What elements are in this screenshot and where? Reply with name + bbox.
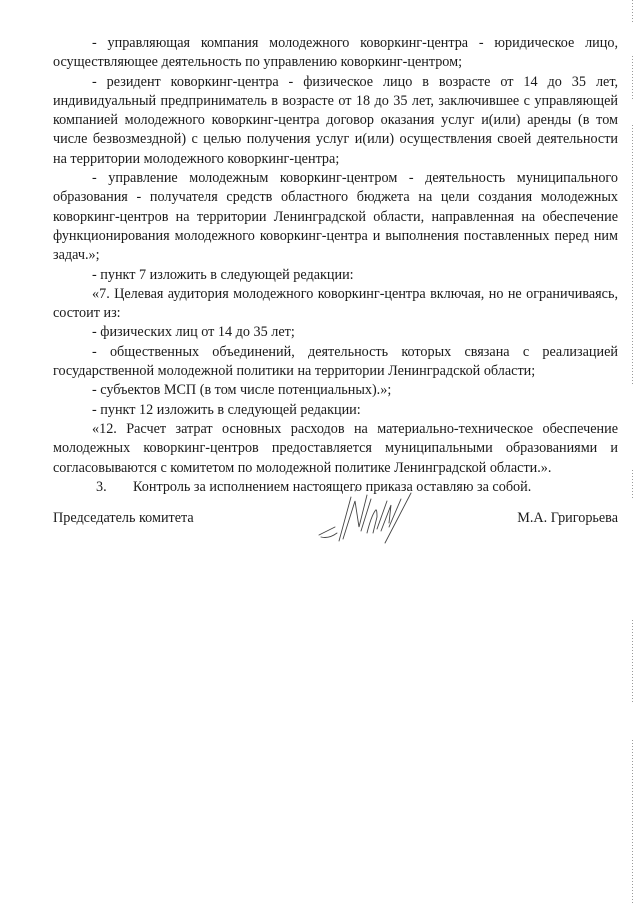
scan-edge-line <box>632 740 633 905</box>
audience-individuals: - физических лиц от 14 до 35 лет; <box>53 323 618 342</box>
audience-associations: - общественных объединений, деятельность… <box>53 343 618 382</box>
handwritten-signature-icon <box>315 487 425 547</box>
definition-resident: - резидент коворкинг-центра - физическое… <box>53 73 618 169</box>
signatory-title: Председатель комитета <box>53 510 194 527</box>
scan-edge-line <box>632 470 633 500</box>
scan-edge-line <box>632 125 633 385</box>
amendment-point-7-intro: - пункт 7 изложить в следующей редакции: <box>53 266 618 285</box>
scan-edge-line <box>632 56 633 100</box>
definition-management-company: - управляющая компания молодежного ковор… <box>53 34 618 73</box>
item-3-number: 3. <box>96 478 133 497</box>
scan-edge-line <box>632 0 633 22</box>
signature-block: Председатель комитета М.А. Григорьева <box>53 505 618 565</box>
point-12-text: «12. Расчет затрат основных расходов на … <box>53 420 618 478</box>
audience-sme: - субъектов МСП (в том числе потенциальн… <box>53 381 618 400</box>
signatory-name: М.А. Григорьева <box>517 510 618 527</box>
document-body: - управляющая компания молодежного ковор… <box>53 34 618 497</box>
scan-edge-line <box>632 620 633 702</box>
point-7-text: «7. Целевая аудитория молодежного коворк… <box>53 285 618 324</box>
amendment-point-12-intro: - пункт 12 изложить в следующей редакции… <box>53 401 618 420</box>
document-page: - управляющая компания молодежного ковор… <box>0 0 640 905</box>
definition-management: - управление молодежным коворкинг-центро… <box>53 169 618 265</box>
